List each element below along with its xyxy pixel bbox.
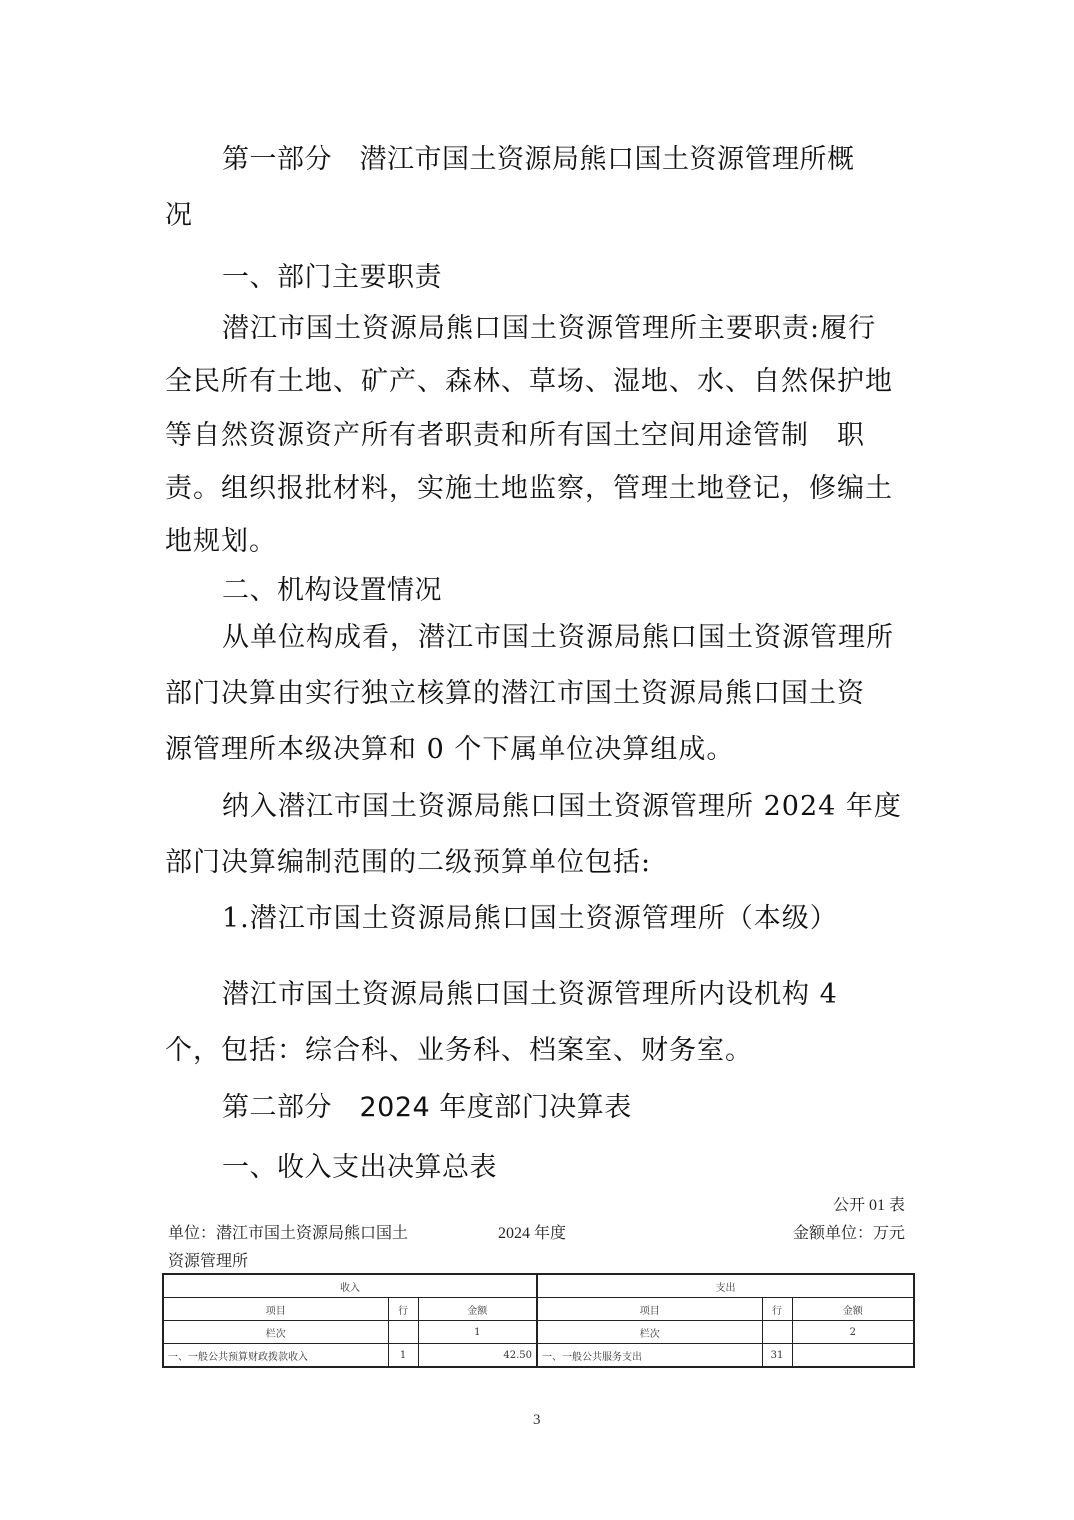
- income-item-header: 项目: [163, 1298, 388, 1321]
- expense-item: 一、一般公共服务支出: [537, 1344, 762, 1368]
- expense-item-header: 项目: [537, 1298, 762, 1321]
- page-number: 3: [533, 1412, 541, 1429]
- amount-unit: 金额单位：万元: [793, 1220, 905, 1243]
- income-lanci-no: 1: [418, 1321, 537, 1344]
- expense-amount: [792, 1344, 914, 1368]
- duties-line-4: 责。组织报批材料，实施土地监察，管理土地登记，修编土: [165, 474, 893, 504]
- internal-org-line-2: 个，包括：综合科、业务科、档案室、财务室。: [165, 1036, 753, 1066]
- income-amount: 42.50: [418, 1344, 537, 1368]
- expense-header: 支出: [537, 1274, 914, 1298]
- form-number: 公开 01 表: [833, 1192, 905, 1215]
- unit-label-line-1: 单位：潜江市国土资源局熊口国土: [168, 1220, 408, 1243]
- expense-row-no: 31: [762, 1344, 792, 1368]
- part2-title: 第二部分 2024 年度部门决算表: [222, 1093, 632, 1123]
- table-lanci-row: 栏次 1 栏次 2: [163, 1321, 914, 1344]
- table-column-header-row: 项目 行 金额 项目 行 金额: [163, 1298, 914, 1321]
- duties-line-3: 等自然资源资产所有者职责和所有国土空间用途管制 职: [165, 421, 865, 451]
- income-header: 收入: [163, 1274, 537, 1298]
- table-group-header-row: 收入 支出: [163, 1274, 914, 1298]
- income-row-no: 1: [388, 1344, 418, 1368]
- income-row-header: 行: [388, 1298, 418, 1321]
- income-expense-summary-table: 收入 支出 项目 行 金额 项目 行 金额 栏次 1 栏次 2 一、一般公共预算…: [162, 1273, 915, 1368]
- fiscal-year: 2024 年度: [498, 1220, 566, 1243]
- table-row: 一、一般公共预算财政拨款收入 1 42.50 一、一般公共服务支出 31: [163, 1344, 914, 1368]
- income-item: 一、一般公共预算财政拨款收入: [163, 1344, 388, 1368]
- expense-amount-header: 金额: [792, 1298, 914, 1321]
- part1-title: 第一部分 潜江市国土资源局熊口国土资源管理所概: [222, 145, 855, 175]
- duties-line-2: 全民所有土地、矿产、森林、草场、湿地、水、自然保护地: [165, 367, 893, 397]
- income-lanci-row: [388, 1321, 418, 1344]
- expense-row-header: 行: [762, 1298, 792, 1321]
- structure-line-1: 从单位构成看，潜江市国土资源局熊口国土资源管理所: [222, 623, 894, 653]
- unit-label-line-2: 资源管理所: [168, 1248, 248, 1271]
- structure-line-3: 源管理所本级决算和 0 个下属单位决算组成。: [165, 735, 734, 765]
- table1-heading: 一、收入支出决算总表: [222, 1153, 497, 1183]
- duties-line-1: 潜江市国土资源局熊口国土资源管理所主要职责:履行: [222, 314, 876, 344]
- scope-line-2: 部门决算编制范围的二级预算单位包括:: [165, 848, 651, 878]
- expense-lanci-row: [762, 1321, 792, 1344]
- income-lanci-label: 栏次: [163, 1321, 388, 1344]
- expense-lanci-no: 2: [792, 1321, 914, 1344]
- expense-lanci-label: 栏次: [537, 1321, 762, 1344]
- scope-line-1: 纳入潜江市国土资源局熊口国土资源管理所 2024 年度: [222, 792, 902, 822]
- scope-list-item-1: 1.潜江市国土资源局熊口国土资源管理所（本级）: [222, 904, 838, 934]
- income-amount-header: 金额: [418, 1298, 537, 1321]
- section2-heading: 二、机构设置情况: [222, 576, 442, 606]
- structure-line-2: 部门决算由实行独立核算的潜江市国土资源局熊口国土资: [165, 679, 865, 709]
- section1-heading: 一、部门主要职责: [222, 263, 442, 293]
- duties-line-5: 地规划。: [165, 527, 277, 557]
- part1-title-cont: 况: [165, 201, 193, 231]
- internal-org-line-1: 潜江市国土资源局熊口国土资源管理所内设机构 4: [222, 980, 838, 1010]
